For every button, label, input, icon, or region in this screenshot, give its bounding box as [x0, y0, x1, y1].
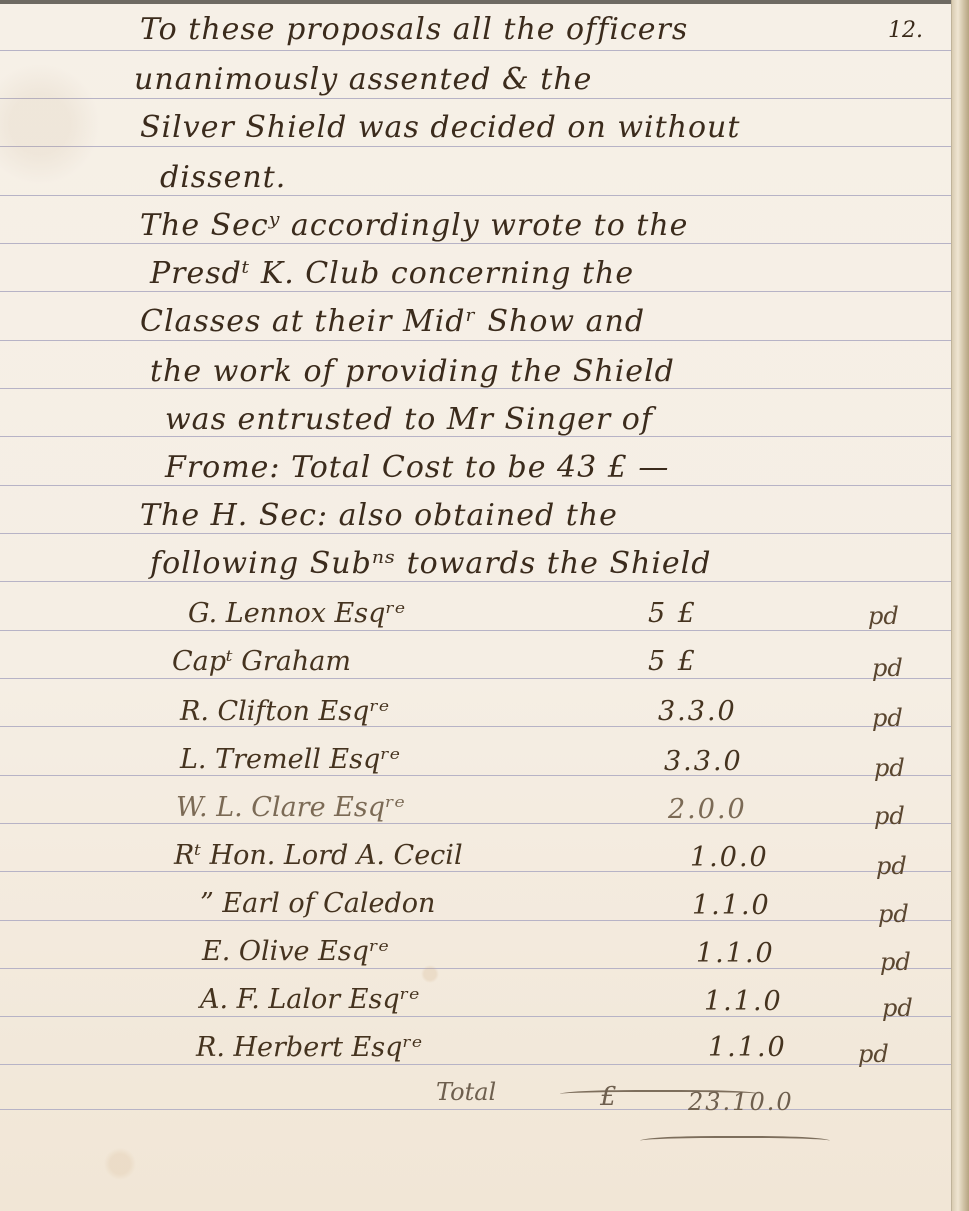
- subscription-amount: 3.3.0: [664, 746, 743, 777]
- ruled-line: [0, 485, 952, 486]
- total-underline-flourish: [640, 1136, 830, 1148]
- paid-mark: pd: [880, 948, 911, 976]
- paid-mark: pd: [874, 802, 905, 830]
- paid-mark: pd: [882, 994, 913, 1022]
- ruled-line: [0, 291, 952, 292]
- ruled-line: [0, 1109, 952, 1110]
- paragraph-line: Frome: Total Cost to be 43 £ —: [165, 450, 669, 485]
- manuscript-page: 12. To these proposals all the officers …: [0, 4, 952, 1211]
- paragraph-line: The Secʸ accordingly wrote to the: [140, 208, 688, 243]
- paragraph-line: The H. Sec: also obtained the: [140, 498, 618, 533]
- subscriber-name: G. Lennox Esqʳᵉ: [188, 598, 405, 629]
- subscriber-name: R. Clifton Esqʳᵉ: [180, 696, 389, 727]
- paid-mark: pd: [858, 1040, 889, 1068]
- ruled-line: [0, 340, 952, 341]
- subscriber-name: L. Tremell Esqʳᵉ: [180, 744, 400, 775]
- subscriber-name: W. L. Clare Esqʳᵉ: [176, 792, 405, 823]
- paid-mark: pd: [874, 754, 905, 782]
- subscription-amount: 1.1.0: [692, 890, 771, 921]
- paid-mark: pd: [868, 602, 899, 630]
- paragraph-line: Silver Shield was decided on without: [140, 110, 740, 145]
- ruled-line: [0, 98, 952, 99]
- ruled-line: [0, 726, 952, 727]
- page-number: 12.: [888, 18, 923, 43]
- ruled-line: [0, 1064, 952, 1065]
- ruled-line: [0, 195, 952, 196]
- paragraph-line: Presdᵗ K. Club concerning the: [150, 256, 634, 291]
- paragraph-line: following Subⁿˢ towards the Shield: [150, 546, 711, 581]
- ruled-line: [0, 146, 952, 147]
- subscription-amount: 5 £: [648, 598, 697, 629]
- paragraph-line: was entrusted to Mr Singer of: [165, 402, 653, 437]
- ruled-line: [0, 243, 952, 244]
- subscriber-name: Rᵗ Hon. Lord A. Cecil: [174, 840, 463, 871]
- subscriber-name: ” Earl of Caledon: [200, 888, 435, 919]
- ruled-line: [0, 50, 952, 51]
- paragraph-line: dissent.: [160, 160, 286, 195]
- subscriber-name: Capᵗ Graham: [172, 646, 351, 677]
- paid-mark: pd: [872, 704, 903, 732]
- subscription-amount: 1.1.0: [696, 938, 775, 969]
- paid-mark: pd: [878, 900, 909, 928]
- subscriber-name: E. Olive Esqʳᵉ: [202, 936, 389, 967]
- subscription-amount: 1.0.0: [690, 842, 769, 873]
- subscription-amount: 1.1.0: [704, 986, 783, 1017]
- currency-symbol: £: [600, 1082, 617, 1112]
- subscription-amount: 2.0.0: [668, 794, 747, 825]
- ruled-line: [0, 1016, 952, 1017]
- ruled-line: [0, 871, 952, 872]
- paid-mark: pd: [872, 654, 903, 682]
- paid-mark: pd: [876, 852, 907, 880]
- paragraph-line: To these proposals all the officers: [140, 12, 688, 47]
- total-value: 23.10.0: [688, 1088, 794, 1116]
- subscriber-name: A. F. Lalor Esqʳᵉ: [200, 984, 419, 1015]
- ruled-line: [0, 630, 952, 631]
- ruled-line: [0, 678, 952, 679]
- subscription-amount: 1.1.0: [708, 1032, 787, 1063]
- ruled-line: [0, 968, 952, 969]
- ruled-line: [0, 533, 952, 534]
- subscription-amount: 3.3.0: [658, 696, 737, 727]
- paragraph-line: the work of providing the Shield: [150, 354, 675, 389]
- subscription-amount: 5 £: [648, 646, 697, 677]
- ruled-line: [0, 920, 952, 921]
- total-label: Total: [436, 1078, 496, 1106]
- subscriber-name: R. Herbert Esqʳᵉ: [196, 1032, 422, 1063]
- ruled-line: [0, 581, 952, 582]
- page-binding-edge: [951, 0, 969, 1211]
- ruled-line: [0, 823, 952, 824]
- paragraph-line: unanimously assented & the: [134, 62, 592, 97]
- ruled-line: [0, 775, 952, 776]
- paragraph-line: Classes at their Midʳ Show and: [140, 304, 645, 339]
